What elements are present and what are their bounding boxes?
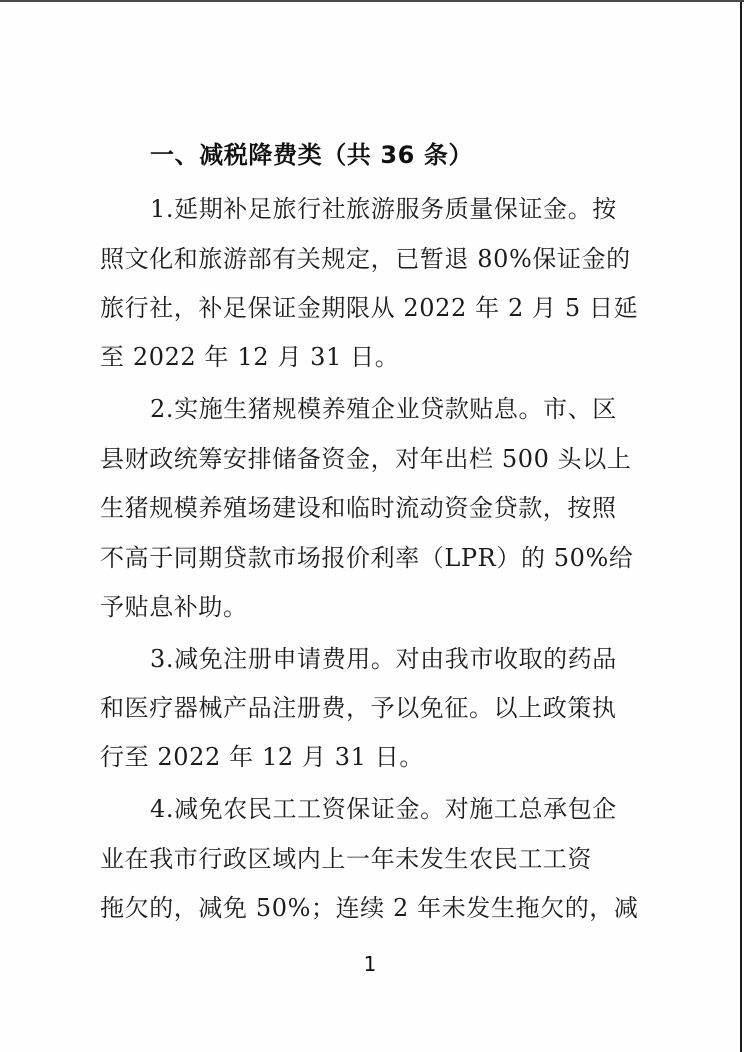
paragraph-line: 照文化和旅游部有关规定，已暂退 80%保证金的 [100, 245, 640, 273]
paragraph-line: 县财政统筹安排储备资金，对年出栏 500 头以上 [100, 445, 640, 473]
paragraph-line: 予贴息补助。 [100, 593, 640, 621]
paragraph-line: 4.减免农民工工资保证金。对施工总承包企 [150, 795, 690, 823]
paragraph-line: 2.实施生猪规模养殖企业贷款贴息。市、区 [150, 395, 690, 423]
paragraph-line: 拖欠的，减免 50%；连续 2 年未发生拖欠的，减 [100, 894, 640, 922]
paragraph-line: 旅行社，补足保证金期限从 2022 年 2 月 5 日延 [100, 294, 640, 322]
paragraph-line: 1.延期补足旅行社旅游服务质量保证金。按 [150, 195, 690, 223]
document-page: 一、减税降费类（共 36 条） 1.延期补足旅行社旅游服务质量保证金。按 照文化… [0, 0, 744, 1052]
paragraph-line: 行至 2022 年 12 月 31 日。 [100, 743, 640, 771]
page-border-right [740, 2, 742, 1052]
paragraph-line: 生猪规模养殖场建设和临时流动资金贷款，按照 [100, 494, 640, 522]
paragraph-line: 和医疗器械产品注册费，予以免征。以上政策执 [100, 694, 640, 722]
page-number: 1 [0, 952, 740, 976]
paragraph-line: 3.减免注册申请费用。对由我市收取的药品 [150, 645, 690, 673]
paragraph-line: 至 2022 年 12 月 31 日。 [100, 343, 640, 371]
paragraph-line: 业在我市行政区域内上一年未发生农民工工资 [100, 845, 640, 873]
section-heading: 一、减税降费类（共 36 条） [150, 141, 690, 169]
paragraph-line: 不高于同期贷款市场报价利率（LPR）的 50%给 [100, 544, 640, 572]
